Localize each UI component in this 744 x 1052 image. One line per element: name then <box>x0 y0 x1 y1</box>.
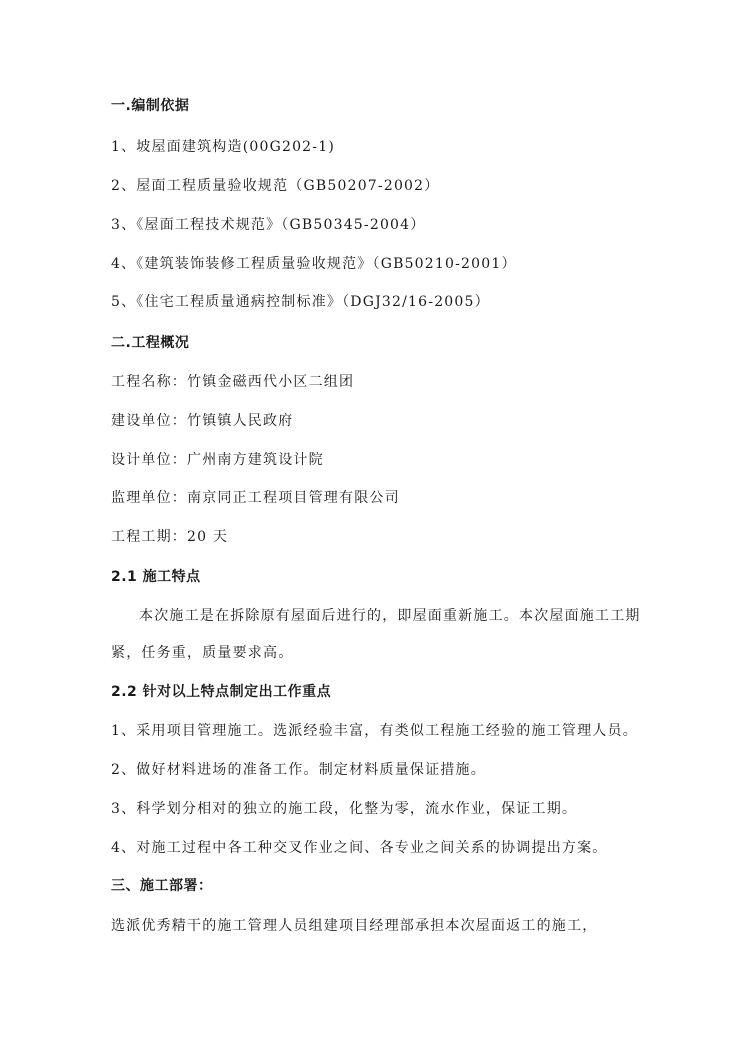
basis-item-1: 1、坡屋面建筑构造(00G202-1) <box>111 138 335 156</box>
document-page: 一.编制依据 1、坡屋面建筑构造(00G202-1) 2、屋面工程质量验收规范（… <box>0 0 744 1052</box>
overview-duration: 工程工期：20 天 <box>111 528 228 546</box>
key-point-3: 3、科学划分相对的独立的施工段，化整为零，流水作业，保证工期。 <box>111 800 577 818</box>
basis-item-4: 4、《建筑装饰装修工程质量验收规范》（GB50210-2001） <box>111 255 517 273</box>
features-paragraph-line-1: 本次施工是在拆除原有屋面后进行的，即屋面重新施工。本次屋面施工工期 <box>139 607 641 625</box>
key-point-1: 1、采用项目管理施工。选派经验丰富，有类似工程施工经验的施工管理人员。 <box>111 722 638 740</box>
section-heading-key-points: 2.2 针对以上特点制定出工作重点 <box>111 683 331 701</box>
overview-supervisor: 监理单位：南京同正工程项目管理有限公司 <box>111 489 400 507</box>
basis-item-5: 5、《住宅工程质量通病控制标准》（DGJ32/16-2005） <box>111 293 490 311</box>
features-paragraph-line-2: 紧，任务重，质量要求高。 <box>111 644 293 662</box>
section-heading-deployment: 三、施工部署： <box>111 877 213 895</box>
section-heading-basis: 一.编制依据 <box>111 97 189 115</box>
overview-designer: 设计单位：广州南方建筑设计院 <box>111 451 324 469</box>
deployment-paragraph-line-1: 选派优秀精干的施工管理人员组建项目经理部承担本次屋面返工的施工， <box>111 917 597 935</box>
basis-item-2: 2、屋面工程质量验收规范（GB50207-2002） <box>111 177 439 195</box>
section-heading-overview: 二.工程概况 <box>111 334 189 352</box>
basis-item-3: 3、《屋面工程技术规范》（GB50345-2004） <box>111 216 425 234</box>
overview-project-name: 工程名称：竹镇金磁西代小区二组团 <box>111 373 354 391</box>
section-heading-features: 2.1 施工特点 <box>111 568 201 586</box>
overview-owner: 建设单位：竹镇镇人民政府 <box>111 412 293 430</box>
key-point-4: 4、对施工过程中各工种交叉作业之间、各专业之间关系的协调提出方案。 <box>111 839 608 857</box>
key-point-2: 2、做好材料进场的准备工作。制定材料质量保证措施。 <box>111 761 486 779</box>
